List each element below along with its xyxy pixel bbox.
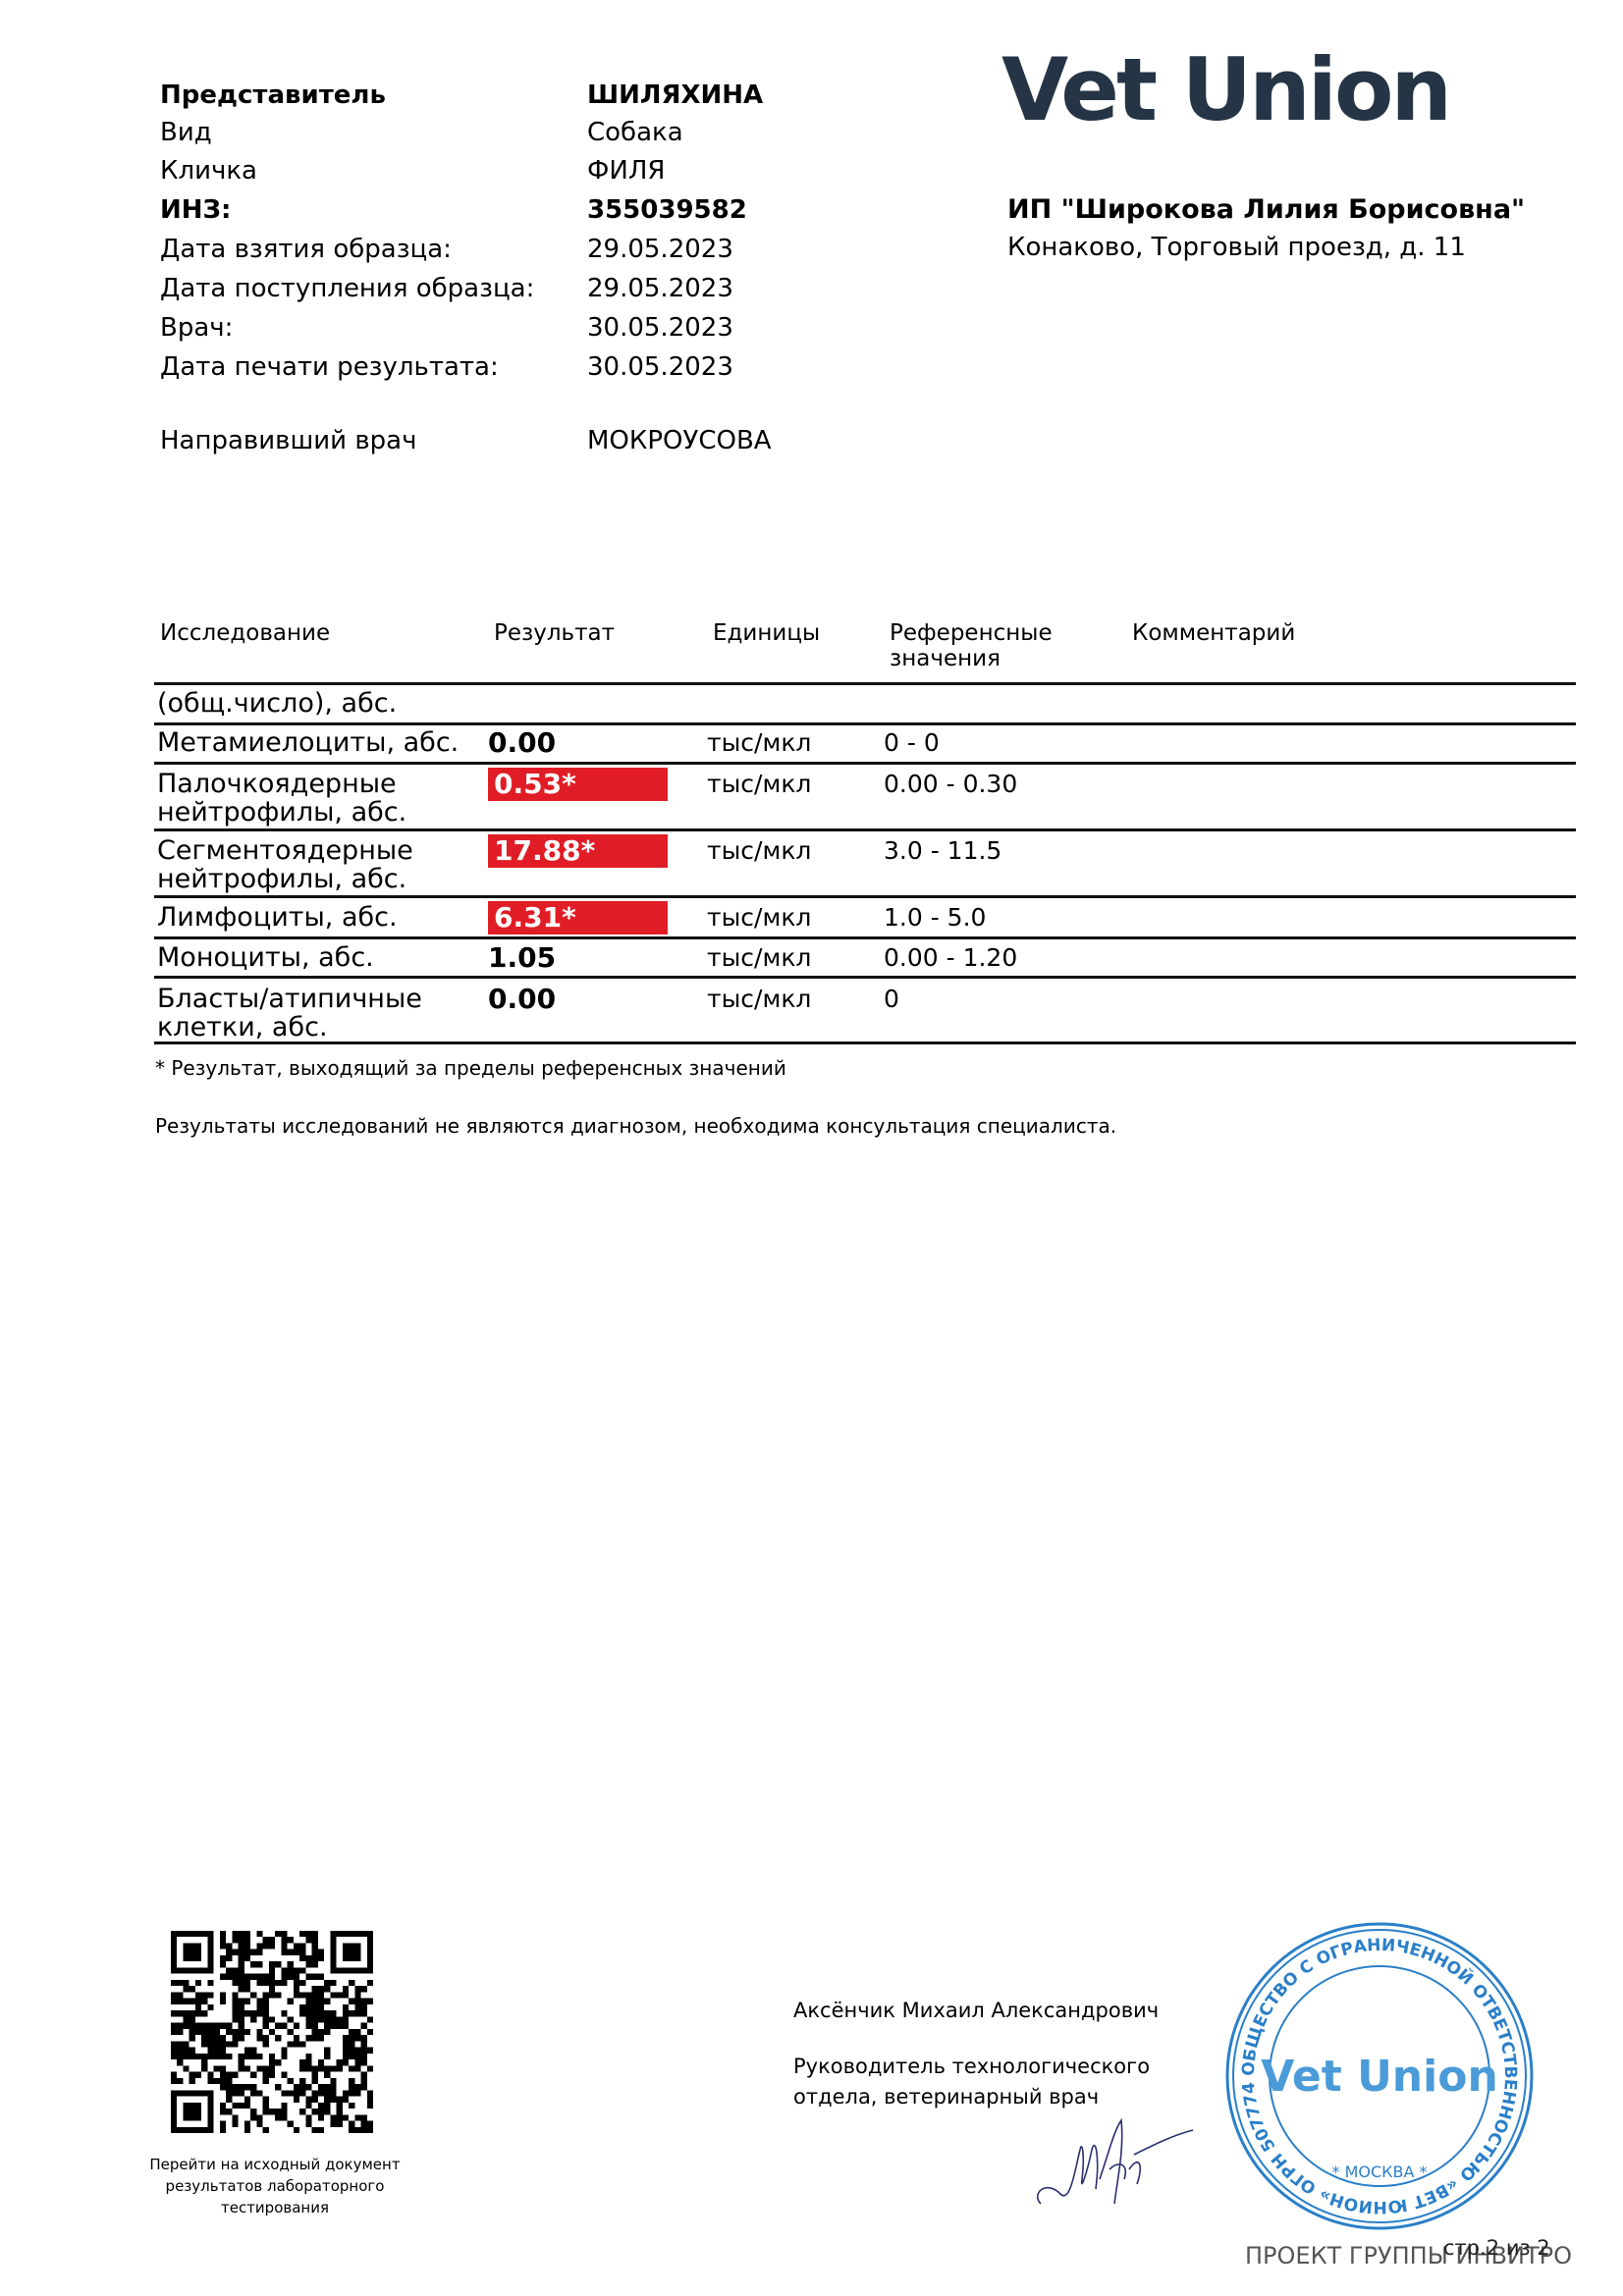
test-reference: 0 - 0 bbox=[884, 728, 940, 757]
header-result: Результат bbox=[494, 620, 615, 646]
svg-text:Vet Union: Vet Union bbox=[1261, 2052, 1498, 2102]
qr-code-icon[interactable] bbox=[171, 1931, 373, 2133]
info-label: Врач: bbox=[160, 313, 233, 343]
table-divider bbox=[154, 1041, 1576, 1044]
header-reference: Референсные значения bbox=[890, 620, 1056, 671]
table-divider bbox=[154, 976, 1576, 979]
test-reference: 0.00 - 0.30 bbox=[884, 770, 1017, 798]
header-test: Исследование bbox=[160, 620, 330, 646]
test-name: Лимфоциты, абс. bbox=[157, 903, 481, 932]
test-result-flagged: 0.53* bbox=[488, 768, 668, 801]
test-units: тыс/мкл bbox=[707, 770, 811, 798]
test-reference: 3.0 - 11.5 bbox=[884, 836, 1001, 865]
test-reference: 0.00 - 1.20 bbox=[884, 943, 1017, 972]
test-name: Бласты/атипичные клетки, абс. bbox=[157, 985, 481, 1041]
info-value: 30.05.2023 bbox=[587, 313, 733, 343]
info-label: Кличка bbox=[160, 156, 257, 186]
signer-title: Руководитель технологического отдела, ве… bbox=[793, 2052, 1186, 2112]
table-divider bbox=[154, 722, 1576, 725]
qr-caption: Перейти на исходный документ результатов… bbox=[147, 2154, 403, 2218]
svg-text:* МОСКВА *: * МОСКВА * bbox=[1331, 2163, 1427, 2181]
test-units: тыс/мкл bbox=[707, 728, 811, 757]
info-value: МОКРОУСОВА bbox=[587, 426, 772, 455]
test-units: тыс/мкл bbox=[707, 943, 811, 972]
info-label: ИНЗ: bbox=[160, 195, 231, 225]
disclaimer-note: Результаты исследований не являются диаг… bbox=[155, 1114, 1116, 1138]
out-of-range-note: * Результат, выходящий за пределы рефере… bbox=[155, 1056, 786, 1080]
info-value: Собака bbox=[587, 118, 683, 147]
test-result-flagged: 6.31* bbox=[488, 901, 668, 934]
test-reference: 1.0 - 5.0 bbox=[884, 903, 986, 932]
signature-icon bbox=[1031, 2110, 1198, 2218]
test-units: тыс/мкл bbox=[707, 903, 811, 932]
info-label: Представитель bbox=[160, 80, 386, 110]
table-divider bbox=[154, 762, 1576, 765]
info-value: ФИЛЯ bbox=[587, 156, 665, 186]
info-value: ШИЛЯХИНА bbox=[587, 80, 763, 110]
test-units: тыс/мкл bbox=[707, 985, 811, 1013]
test-result-flagged: 17.88* bbox=[488, 834, 668, 868]
info-label: Дата печати результата: bbox=[160, 352, 499, 382]
info-value: 29.05.2023 bbox=[587, 235, 733, 264]
org-name: ИП "Широкова Лилия Борисовна" bbox=[1007, 194, 1525, 225]
info-label: Дата поступления образца: bbox=[160, 274, 534, 303]
test-name: Сегментоядерные нейтрофилы, абс. bbox=[157, 836, 481, 893]
test-result: 1.05 bbox=[488, 943, 556, 972]
test-name: Палочкоядерные нейтрофилы, абс. bbox=[157, 770, 481, 827]
info-value: 355039582 bbox=[587, 195, 747, 225]
info-value: 30.05.2023 bbox=[587, 352, 733, 382]
header-comment: Комментарий bbox=[1132, 620, 1295, 646]
info-value: 29.05.2023 bbox=[587, 274, 733, 303]
table-divider bbox=[154, 895, 1576, 898]
page-number: стр.2 из 2 bbox=[1443, 2236, 1550, 2260]
org-address: Конаково, Торговый проезд, д. 11 bbox=[1007, 233, 1466, 262]
test-name: Моноциты, абс. bbox=[157, 943, 481, 972]
test-result: 0.00 bbox=[488, 728, 556, 757]
test-units: тыс/мкл bbox=[707, 836, 811, 865]
table-divider bbox=[154, 936, 1576, 939]
info-label: Вид bbox=[160, 118, 212, 147]
table-divider bbox=[154, 828, 1576, 831]
organization-stamp: ОБЩЕСТВО С ОГРАНИЧЕННОЙ ОТВЕТСТВЕННОСТЬЮ… bbox=[1217, 1914, 1542, 2238]
signer-name: Аксёнчик Михаил Александрович bbox=[793, 1999, 1159, 2022]
test-name: (общ.число), абс. bbox=[157, 689, 550, 718]
test-result: 0.00 bbox=[488, 985, 556, 1013]
info-label: Направивший врач bbox=[160, 426, 416, 455]
info-label: Дата взятия образца: bbox=[160, 235, 452, 264]
table-divider bbox=[154, 682, 1576, 685]
vet-union-logo: Vet Union bbox=[1001, 47, 1449, 133]
test-name: Метамиелоциты, абс. bbox=[157, 728, 491, 757]
test-reference: 0 bbox=[884, 985, 899, 1013]
header-units: Единицы bbox=[713, 620, 820, 646]
